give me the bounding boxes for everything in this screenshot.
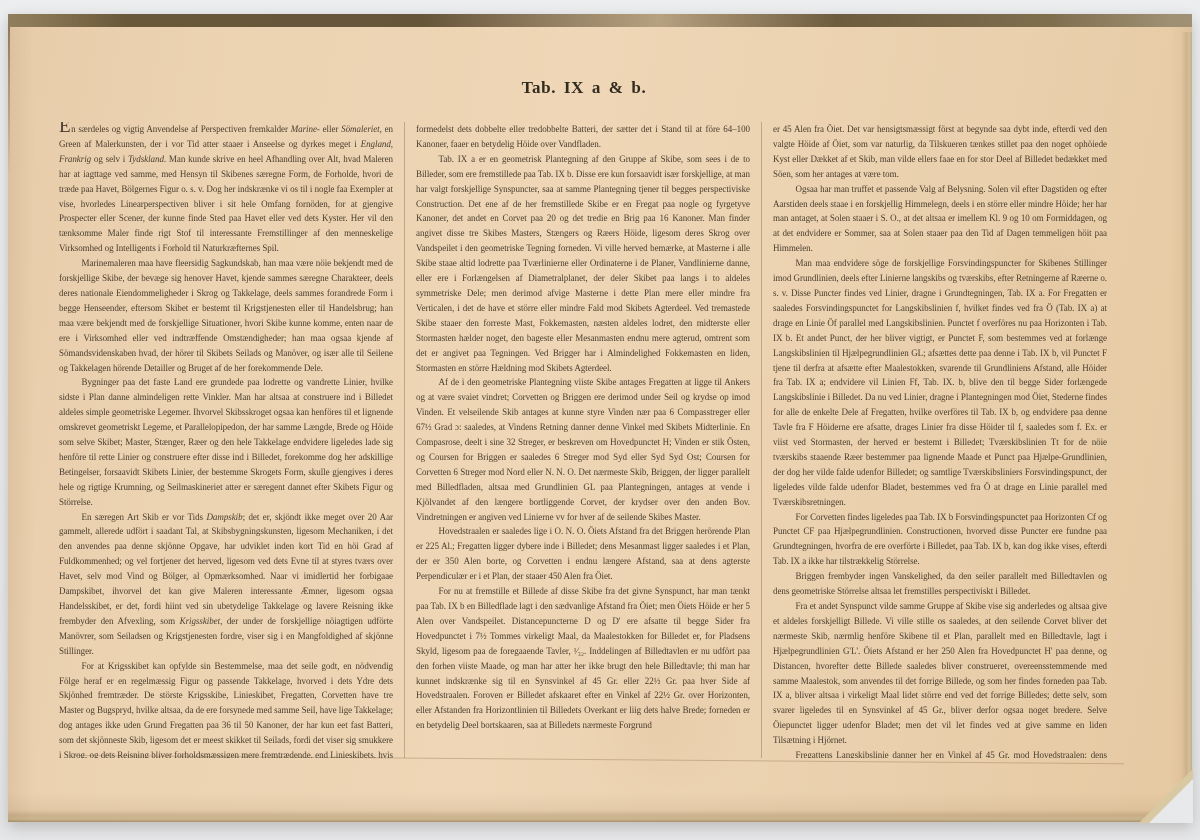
text-columns: En særdeles og vigtig Anvendelse af Pers…	[48, 122, 1120, 758]
paragraph: For Corvetten findes ligeledes paa Tab. …	[773, 510, 1107, 570]
text-column-2: formedelst dets dobbelte eller tredobbel…	[404, 122, 761, 758]
text-column-1: En særdeles og vigtig Anvendelse af Pers…	[48, 122, 404, 758]
printed-sheet: Tab. IX a & b. En særdeles og vigtig Anv…	[48, 78, 1120, 778]
page-title: Tab. IX a & b.	[48, 78, 1120, 98]
paragraph: Fregattens Langskibslinie danner her en …	[773, 748, 1107, 758]
binding-edge-band	[8, 14, 1192, 27]
paragraph: For nu at fremstille et Billede af disse…	[416, 584, 750, 733]
paragraph: For at Krigsskibet kan opfylde sin Beste…	[59, 659, 393, 758]
paragraph: Bygninger paa det faste Land ere grunded…	[59, 375, 393, 509]
page-left-edge	[8, 27, 10, 177]
paragraph: Fra et andet Synspunct vilde samme Grupp…	[773, 599, 1107, 748]
paragraph: Ogsaa har man truffet et passende Valg a…	[773, 182, 1107, 257]
paragraph: En særegen Art Skib er vor Tids Dampskib…	[59, 510, 393, 659]
paragraph: Hovedstraalen er saaledes lige i O. N. O…	[416, 524, 750, 584]
paragraph: Af de i den geometriske Plantegning viis…	[416, 375, 750, 524]
bottom-right-corner-cut	[1149, 779, 1193, 823]
paragraph: Tab. IX a er en geometrisk Plantegning a…	[416, 152, 750, 376]
text-column-3: er 45 Alen fra Öiet. Det var hensigtsmæs…	[761, 122, 1118, 758]
paragraph: En særdeles og vigtig Anvendelse af Pers…	[59, 122, 393, 256]
paragraph: Briggen frembyder ingen Vanskelighed, da…	[773, 569, 1107, 599]
album-page: Tab. IX a & b. En særdeles og vigtig Anv…	[8, 14, 1192, 822]
paragraph: formedelst dets dobbelte eller tredobbel…	[416, 122, 750, 152]
page-stack-bottom-edge	[8, 810, 1192, 822]
page-stack-right-edge	[1181, 32, 1192, 804]
paragraph: Marinemaleren maa have fleersidig Sagkun…	[59, 256, 393, 375]
paragraph: Man maa endvidere söge de forskjellige F…	[773, 256, 1107, 509]
paragraph: er 45 Alen fra Öiet. Det var hensigtsmæs…	[773, 122, 1107, 182]
